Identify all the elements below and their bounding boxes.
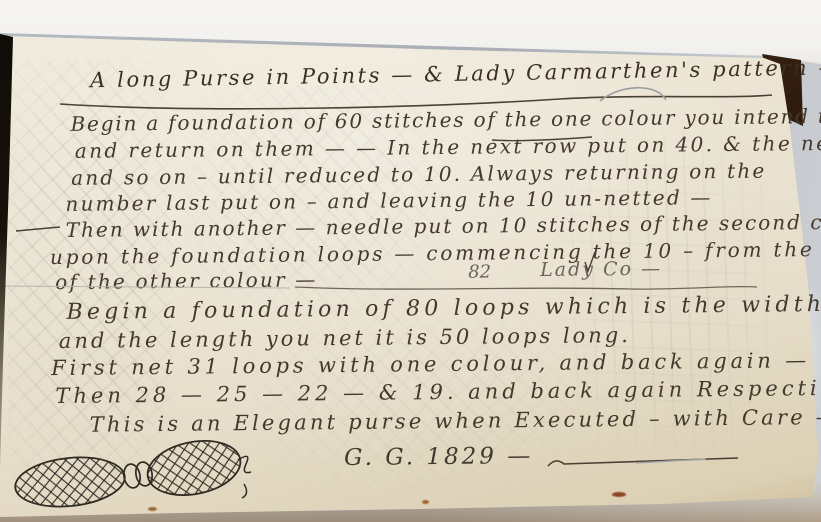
manuscript-line: Begin a foundation of 80 loops which is … xyxy=(66,292,821,325)
manuscript-line: of the other colour — xyxy=(55,267,318,294)
page-title: A long Purse in Points — & Lady Carmarth… xyxy=(90,55,821,92)
signature-date: G. G. 1829 — xyxy=(344,443,533,471)
manuscript-line: Then 28 — 25 — 22 — & 19. and back again… xyxy=(55,375,821,408)
annotation-name: Lady Co — xyxy=(540,258,662,281)
manuscript-line: and the length you net it is 50 loops lo… xyxy=(59,323,631,353)
photographed-manuscript-scene: A long Purse in Points — & Lady Carmarth… xyxy=(0,0,821,522)
manuscript-line: and return on them — — In the next row p… xyxy=(75,130,821,163)
annotation-number: 82 xyxy=(468,261,491,282)
manuscript-line: upon the foundation loops — commencing t… xyxy=(50,237,821,269)
handwritten-text-layer: A long Purse in Points — & Lady Carmarth… xyxy=(0,0,821,522)
manuscript-line: First net 31 loops with one colour, and … xyxy=(51,348,810,380)
manuscript-line: Begin a foundation of 60 stitches of the… xyxy=(70,103,821,136)
manuscript-line: This is an Elegant purse when Executed –… xyxy=(90,405,821,437)
